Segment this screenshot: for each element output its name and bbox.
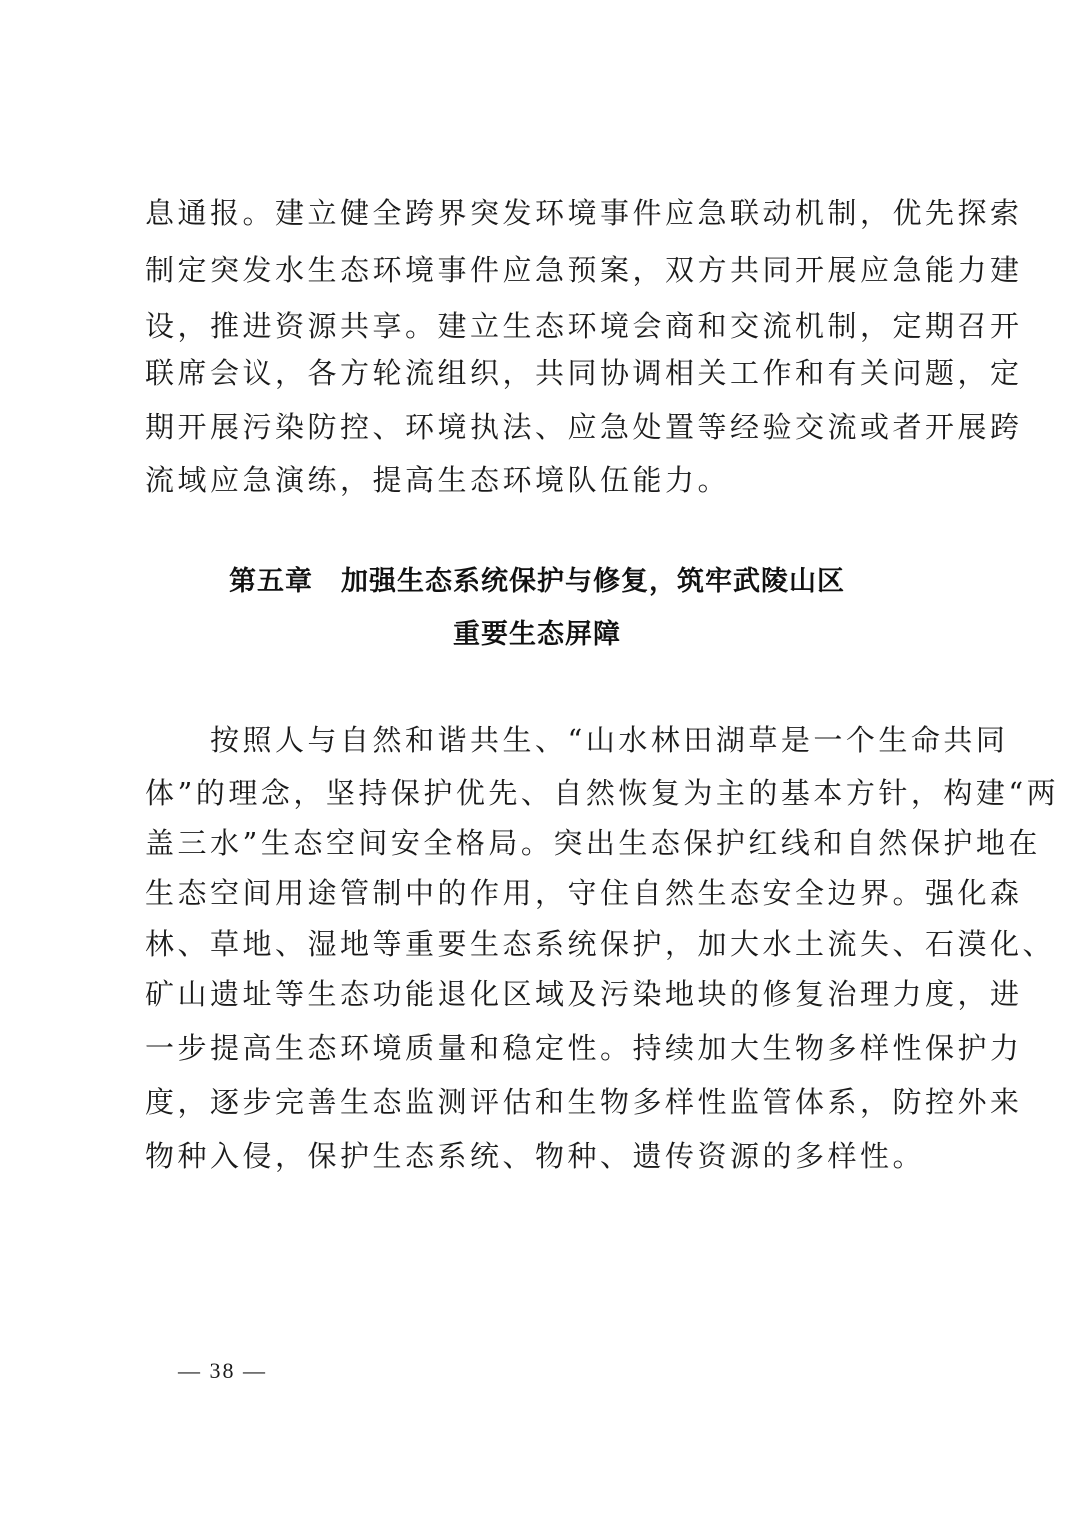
chapter-title-line-1: 第五章 加强生态系统保护与修复，筑牢武陵山区 [0,562,1074,602]
text-line: 联席会议，各方轮流组织，共同协调相关工作和有关问题，定 [145,353,935,393]
text-line: 制定突发水生态环境事件应急预案，双方共同开展应急能力建 [145,250,935,290]
text-line: 盖三水”生态空间安全格局。突出生态保护红线和自然保护地在 [145,823,935,863]
chapter-title-line-2: 重要生态屏障 [0,615,1074,655]
text-line: 一步提高生态环境质量和稳定性。持续加大生物多样性保护力 [145,1028,935,1068]
text-line: 息通报。建立健全跨界突发环境事件应急联动机制，优先探索 [145,193,935,233]
text-line: 按照人与自然和谐共生、“山水林田湖草是一个生命共同 [145,720,935,760]
page-number: — 38 — [178,1356,267,1386]
text-line: 设，推进资源共享。建立生态环境会商和交流机制，定期召开 [145,306,935,346]
text-line: 生态空间用途管制中的作用，守住自然生态安全边界。强化森 [145,873,935,913]
text-line: 流域应急演练，提高生态环境队伍能力。 [145,460,935,500]
text-line: 期开展污染防控、环境执法、应急处置等经验交流或者开展跨 [145,407,935,447]
text-line: 体”的理念，坚持保护优先、自然恢复为主的基本方针，构建“两 [145,773,935,813]
text-line: 度，逐步完善生态监测评估和生物多样性监管体系，防控外来 [145,1082,935,1122]
text-line: 林、草地、湿地等重要生态系统保护，加大水土流失、石漠化、 [145,924,935,964]
text-line: 物种入侵，保护生态系统、物种、遗传资源的多样性。 [145,1136,935,1176]
text-line: 矿山遗址等生态功能退化区域及污染地块的修复治理力度，进 [145,974,935,1014]
